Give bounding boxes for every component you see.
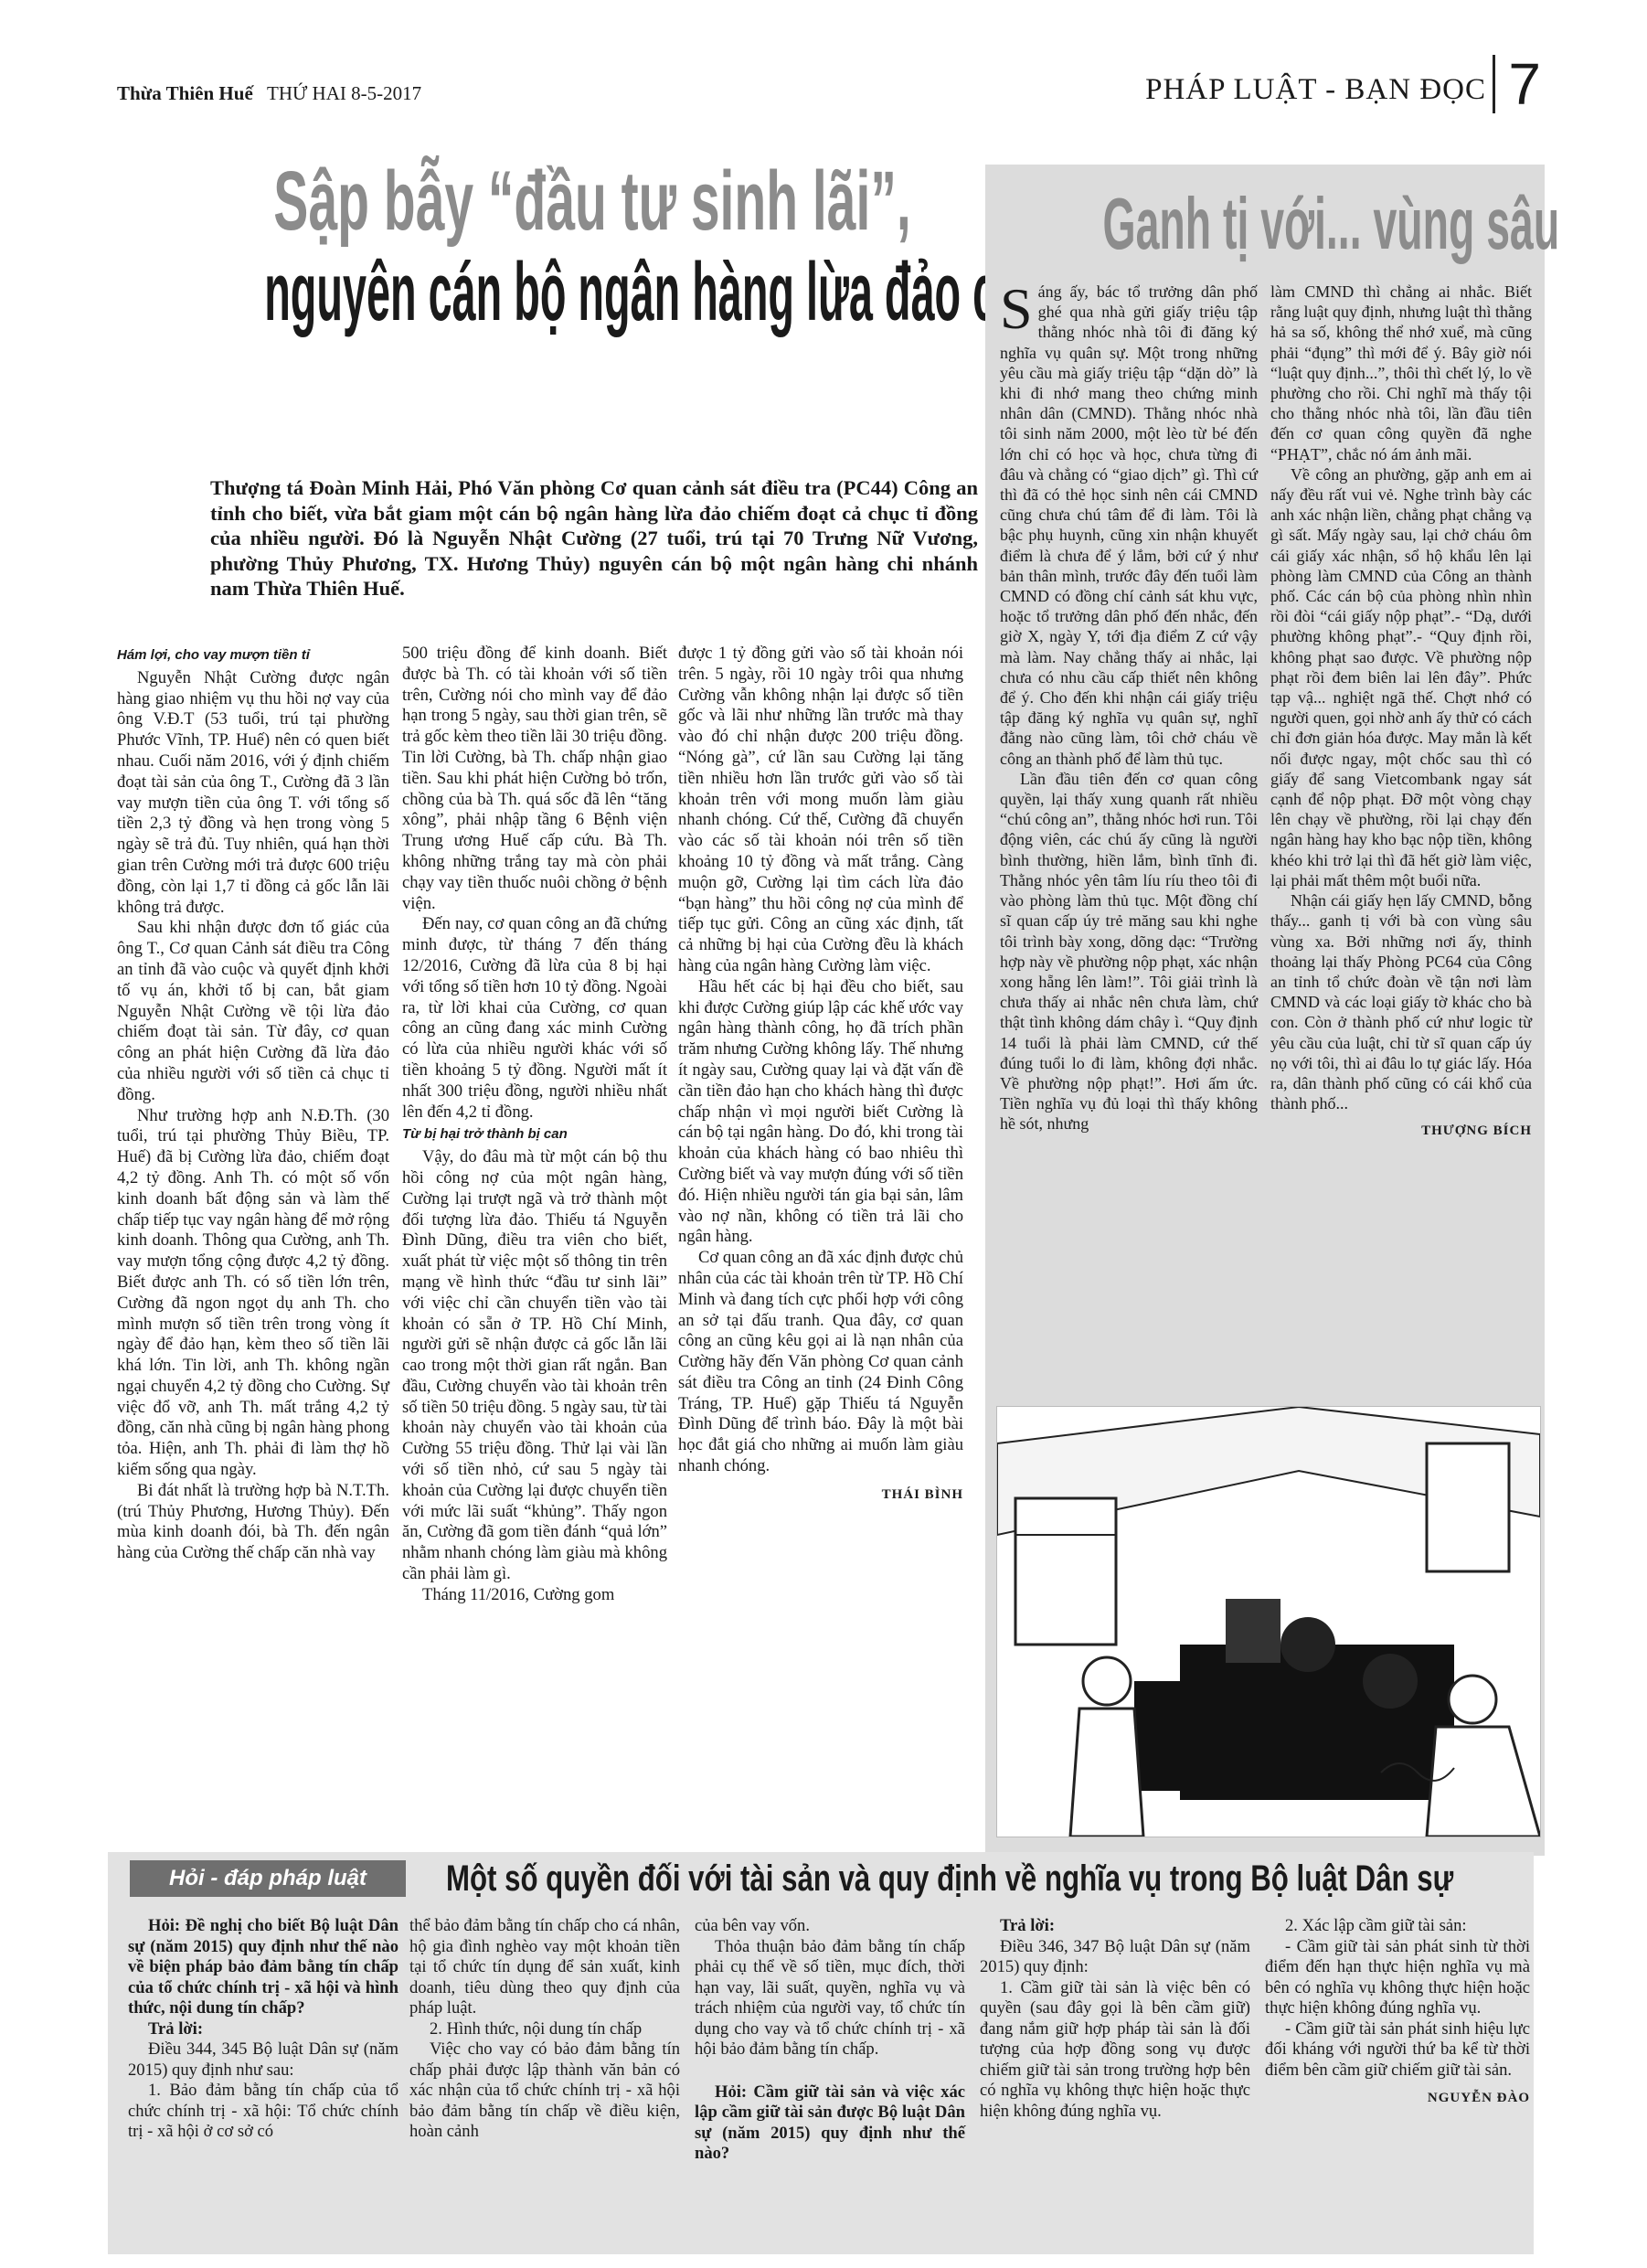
paragraph: thể bảo đảm bằng tín chấp cho cá nhân, h… [409,1916,680,2019]
qa-column-1: Hỏi: Đề nghị cho biết Bộ luật Dân sự (nă… [128,1916,398,2143]
qa-tag: Hỏi - đáp pháp luật [130,1860,406,1897]
paragraph: Sau khi nhận được đơn tố giác của ông T.… [117,918,389,1105]
page-number: 7 [1493,55,1541,113]
answer-label: Trả lời: [980,1916,1250,1937]
paragraph: Thỏa thuận bảo đảm bằng tín chấp phải cụ… [695,1937,965,2060]
paragraph: Hầu hết các bị hại đều cho biết, sau khi… [678,977,963,1248]
paragraph: Sáng ấy, bác tổ trưởng dân phố ghé qua n… [1000,282,1258,769]
paragraph: Bi đát nhất là trường hợp bà N.T.Th. (tr… [117,1481,389,1564]
sidebar-column-1: Sáng ấy, bác tổ trưởng dân phố ghé qua n… [1000,282,1258,1134]
paragraph: 1. Cầm giữ tài sản là việc bên có quyền … [980,1978,1250,2123]
article-lead: Thượng tá Đoàn Minh Hải, Phó Văn phòng C… [210,475,978,602]
paragraph: Tháng 11/2016, Cường gom [402,1585,667,1606]
article-column-2: 500 triệu đồng để kinh doanh. Biết được … [402,644,667,1606]
headline-line-2: nguyên cán bộ ngân hàng lừa đảo cả chục … [264,247,920,338]
qa-column-4: Trả lời: Điều 346, 347 Bộ luật Dân sự (n… [980,1916,1250,2122]
qa-title: Một số quyền đối với tài sản và quy định… [446,1856,1453,1901]
paragraph: Lần đầu tiên đến cơ quan công quyền, lại… [1000,769,1258,1134]
issue-date: THỨ HAI 8-5-2017 [267,82,421,104]
paragraph: - Cầm giữ tài sản phát sinh từ thời điểm… [1265,1937,1530,2019]
paragraph: Điều 344, 345 Bộ luật Dân sự (năm 2015) … [128,2039,398,2081]
paragraph: Nguyễn Nhật Cường được ngân hàng giao nh… [117,668,389,919]
paragraph: Nhận cái giấy hẹn lấy CMND, bỗng thấy...… [1270,890,1532,1113]
paper-name: Thừa Thiên Huế [117,82,253,104]
qa-column-3: của bên vay vốn. Thỏa thuận bảo đảm bằng… [695,1916,965,2165]
sketch-illustration [996,1406,1541,1837]
headline-line-1: Sập bẫy “đầu tư sinh lãi”, [258,155,927,247]
byline: NGUYỄN ĐÀO [1265,2088,1530,2109]
article-column-1: Hám lợi, cho vay mượn tiền tỉ Nguyễn Nhậ… [117,644,389,1564]
byline: THÁI BÌNH [678,1485,963,1506]
office-scene-icon [997,1407,1540,1837]
sidebar-column-2: làm CMND thì chẳng ai nhắc. Biết rằng lu… [1270,282,1532,1142]
paragraph: Như trường hợp anh N.Đ.Th. (30 tuổi, trú… [117,1106,389,1481]
paragraph: Đến nay, cơ quan công an đã chứng minh đ… [402,914,667,1123]
question: Hỏi: Cầm giữ tài sản và việc xác lập cầm… [695,2082,965,2165]
article-column-3: được 1 tỷ đồng gửi vào số tài khoản nói … [678,644,963,1506]
qa-column-2: thể bảo đảm bằng tín chấp cho cá nhân, h… [409,1916,680,2143]
paragraph: làm CMND thì chẳng ai nhắc. Biết rằng lu… [1270,282,1532,464]
subheading: Hám lợi, cho vay mượn tiền tỉ [117,645,389,666]
paragraph: 1. Bảo đảm bằng tín chấp của tổ chức chí… [128,2081,398,2143]
paragraph: Vậy, do đâu mà từ một cán bộ thu hồi côn… [402,1147,667,1585]
subheading: Từ bị hại trở thành bị can [402,1124,667,1145]
paragraph: được 1 tỷ đồng gửi vào số tài khoản nói … [678,644,963,977]
paragraph: Về công an phường, gặp anh em ai nấy đều… [1270,464,1532,890]
paragraph: Điều 346, 347 Bộ luật Dân sự (năm 2015) … [980,1937,1250,1978]
question: Hỏi: Đề nghị cho biết Bộ luật Dân sự (nă… [128,1916,398,2019]
paragraph: 500 triệu đồng để kinh doanh. Biết được … [402,644,667,914]
paragraph: 2. Hình thức, nội dung tín chấp [409,2019,680,2040]
main-headline: Sập bẫy “đầu tư sinh lãi”, nguyên cán bộ… [199,155,985,338]
byline: THƯỢNG BÍCH [1270,1121,1532,1141]
masthead-left: Thừa Thiên Huế THỨ HAI 8-5-2017 [117,82,421,105]
paragraph: của bên vay vốn. [695,1916,965,1937]
paragraph: Việc cho vay có bảo đảm bằng tín chấp ph… [409,2039,680,2143]
qa-column-5: 2. Xác lập cầm giữ tài sản: - Cầm giữ tà… [1265,1916,1530,2109]
drop-cap: S [1000,285,1033,333]
sidebar-headline: Ganh tị với... vùng sâu [1103,183,1428,265]
section-name: PHÁP LUẬT - BẠN ĐỌC [1145,73,1486,107]
paragraph: 2. Xác lập cầm giữ tài sản: [1265,1916,1530,1937]
answer-label: Trả lời: [128,2019,398,2040]
paragraph: - Cầm giữ tài sản phát sinh hiệu lực đối… [1265,2019,1530,2082]
paragraph: Cơ quan công an đã xác định được chủ nhâ… [678,1248,963,1477]
